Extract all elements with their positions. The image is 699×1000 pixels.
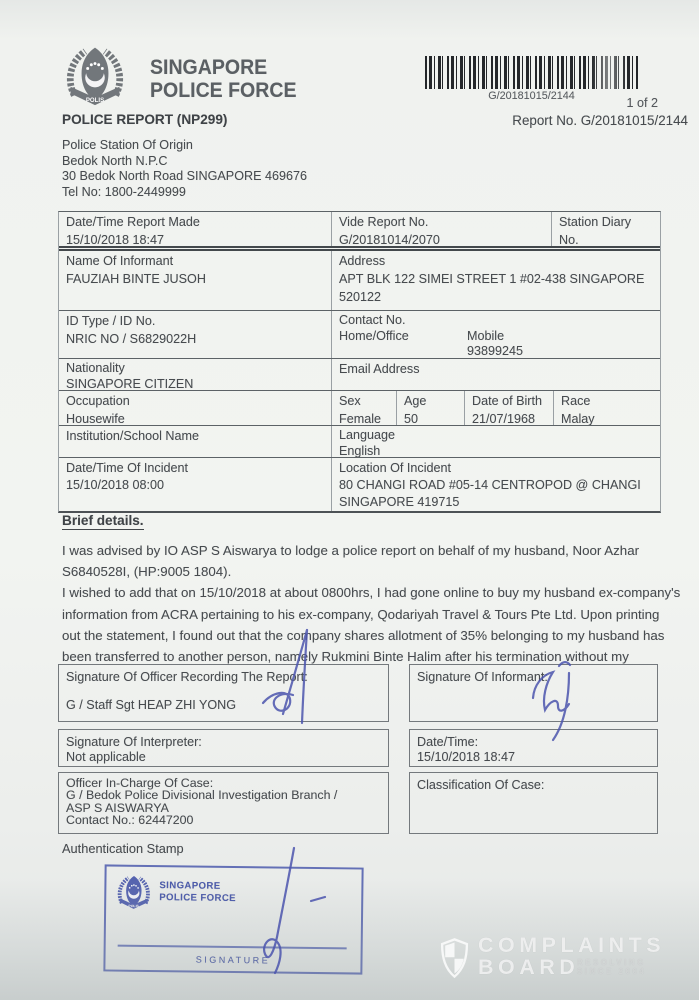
incident-location-cell: Location Of Incident 80 CHANGI ROAD #05-… <box>331 458 660 511</box>
interpreter-value: Not applicable <box>66 750 381 765</box>
police-station-block: Police Station Of Origin Bedok North N.P… <box>62 138 307 200</box>
language-cell: Language English <box>331 426 660 457</box>
sex-label: Sex <box>339 393 389 411</box>
station-name: Bedok North N.P.C <box>62 154 307 170</box>
table-row: Date/Time Of Incident 15/10/2018 08:00 L… <box>59 458 660 511</box>
dob-cell: Date of Birth 21/07/1968 <box>464 391 553 425</box>
brand-line1: SINGAPORE <box>150 56 296 79</box>
stamp-signature-line <box>118 945 347 950</box>
report-made-value: 15/10/2018 18:47 <box>66 232 324 246</box>
dob-value: 21/07/1968 <box>472 411 546 425</box>
stamp-brand: SINGAPORE POLICE FORCE <box>159 880 236 904</box>
authentication-stamp-label: Authentication Stamp <box>62 841 184 856</box>
table-row: Name Of Informant FAUZIAH BINTE JUSOH Ad… <box>59 251 660 311</box>
watermark-tagline-line2: SINCE 2004 <box>577 968 646 977</box>
race-label: Race <box>561 393 653 411</box>
nationality-value: SINGAPORE CITIZEN <box>66 377 324 390</box>
address-label: Address <box>339 253 653 271</box>
station-address: 30 Bedok North Road SINGAPORE 469676 <box>62 169 307 185</box>
informant-cell: Name Of Informant FAUZIAH BINTE JUSOH <box>59 251 331 310</box>
occupation-value: Housewife <box>66 411 324 425</box>
nationality-cell: Nationality SINGAPORE CITIZEN <box>59 359 331 390</box>
interpreter-signature-label: Signature Of Interpreter: <box>66 735 381 750</box>
incident-dt-label: Date/Time Of Incident <box>66 460 324 477</box>
incident-loc-label: Location Of Incident <box>339 460 653 477</box>
incident-loc-line1: 80 CHANGI ROAD #05-14 CENTROPOD @ CHANGI <box>339 477 653 494</box>
watermark-line2: BOARD <box>478 955 579 980</box>
brief-line: out the statement, I found out that the … <box>62 625 668 646</box>
brief-line: I was advised by IO ASP S Aiswarya to lo… <box>62 540 668 561</box>
email-cell: Email Address <box>331 359 660 390</box>
table-row: Occupation Housewife Sex Female Age 50 D… <box>59 391 660 426</box>
form-title: POLICE REPORT (NP299) <box>62 112 227 127</box>
spf-crest-icon <box>64 44 126 110</box>
officer-name-value: G / Staff Sgt HEAP ZHI YONG <box>66 698 236 713</box>
brief-details-paragraph: I was advised by IO ASP S Aiswarya to lo… <box>62 540 668 667</box>
oic-line3: Contact No.: 62447200 <box>66 814 381 826</box>
address-cell: Address APT BLK 122 SIMEI STREET 1 #02-4… <box>331 251 660 310</box>
station-origin-label: Police Station Of Origin <box>62 138 307 154</box>
classification-label: Classification Of Case: <box>417 778 650 793</box>
classification-box: Classification Of Case: <box>409 772 658 834</box>
informant-signature-box: Signature Of Informant: <box>409 664 658 722</box>
brief-line: I wished to add that on 15/10/2018 at ab… <box>62 582 668 603</box>
id-cell: ID Type / ID No. NRIC NO / S6829022H <box>59 311 331 358</box>
table-row: Nationality SINGAPORE CITIZEN Email Addr… <box>59 359 660 391</box>
officer-signature-box: Signature Of Officer Recording The Repor… <box>58 664 389 722</box>
stamp-signature-label: SIGNATURE <box>105 953 360 966</box>
mobile-label: Mobile <box>467 329 504 343</box>
stamp-brand-line2: POLICE FORCE <box>159 892 236 904</box>
informant-label: Name Of Informant <box>66 253 324 271</box>
nationality-label: Nationality <box>66 361 324 377</box>
id-value: NRIC NO / S6829022H <box>66 331 324 349</box>
barcode-label: G/20181015/2144 <box>425 90 638 102</box>
address-line1: APT BLK 122 SIMEI STREET 1 #02-438 SINGA… <box>339 271 653 289</box>
interpreter-signature-box: Signature Of Interpreter: Not applicable <box>58 729 389 767</box>
brief-line: information from ACRA pertaining to his … <box>62 604 668 625</box>
informant-value: FAUZIAH BINTE JUSOH <box>66 271 324 289</box>
race-value: Malay <box>561 411 653 425</box>
station-tel: Tel No: 1800-2449999 <box>62 185 307 201</box>
institution-cell: Institution/School Name <box>59 426 331 457</box>
language-value: English <box>339 444 653 457</box>
email-label: Email Address <box>339 361 653 379</box>
table-row: Institution/School Name Language English <box>59 426 660 458</box>
page-indicator: 1 of 2 <box>626 96 658 110</box>
contact-label: Contact No. <box>339 313 653 329</box>
home-office-label: Home/Office <box>339 329 467 345</box>
stamp-brand-line1: SINGAPORE <box>159 880 236 892</box>
incident-dt-value: 15/10/2018 08:00 <box>66 477 324 494</box>
mobile-value: 93899245 <box>467 344 523 358</box>
table-row: Date/Time Report Made 15/10/2018 18:47 V… <box>59 212 660 251</box>
table-row: ID Type / ID No. NRIC NO / S6829022H Con… <box>59 311 660 359</box>
datetime-box: Date/Time: 15/10/2018 18:47 <box>409 729 658 767</box>
age-value: 50 <box>404 411 457 425</box>
vide-label: Vide Report No. <box>339 214 544 232</box>
occupation-cell: Occupation Housewife <box>59 391 331 425</box>
oic-line1: G / Bedok Police Divisional Investigatio… <box>66 789 381 801</box>
language-label: Language <box>339 428 653 444</box>
race-cell: Race Malay <box>553 391 660 425</box>
police-report-page: SINGAPORE POLICE FORCE G/20181015/2144 1… <box>0 0 699 1000</box>
incident-datetime-cell: Date/Time Of Incident 15/10/2018 08:00 <box>59 458 331 511</box>
brand-line2: POLICE FORCE <box>150 79 296 102</box>
watermark-tagline: RESOLVING SINCE 2004 <box>577 959 646 976</box>
station-diary-cell: Station Diary No. 72 <box>551 212 660 246</box>
vide-report-cell: Vide Report No. G/20181014/2070 <box>331 212 551 246</box>
diary-label: Station Diary No. <box>559 214 653 246</box>
spf-brand: SINGAPORE POLICE FORCE <box>150 56 296 102</box>
complaintsboard-watermark: COMPLAINTS BOARD RESOLVING SINCE 2004 <box>434 926 696 996</box>
officer-signature-label: Signature Of Officer Recording The Repor… <box>66 670 381 685</box>
datetime-value: 15/10/2018 18:47 <box>417 750 650 765</box>
incident-loc-line2: SINGAPORE 419715 <box>339 494 653 511</box>
vide-value: G/20181014/2070 <box>339 232 544 246</box>
occupation-label: Occupation <box>66 393 324 411</box>
report-made-cell: Date/Time Report Made 15/10/2018 18:47 <box>59 212 331 246</box>
datetime-label: Date/Time: <box>417 735 650 750</box>
stamp-crest-icon <box>116 874 151 912</box>
contact-cell: Contact No. Home/OfficeMobile 93899245 <box>331 311 660 358</box>
officer-in-charge-box: Officer In-Charge Of Case: G / Bedok Pol… <box>58 772 389 834</box>
report-number: Report No. G/20181015/2144 <box>512 113 688 128</box>
informant-signature-label: Signature Of Informant: <box>417 670 650 685</box>
brief-line: S6840528I, (HP:9005 1804). <box>62 561 668 582</box>
institution-label: Institution/School Name <box>66 428 324 446</box>
age-cell: Age 50 <box>396 391 464 425</box>
brief-details-heading: Brief details. <box>62 513 144 530</box>
report-barcode <box>425 56 638 89</box>
report-info-table: Date/Time Report Made 15/10/2018 18:47 V… <box>58 211 661 513</box>
authentication-stamp: SINGAPORE POLICE FORCE SIGNATURE <box>103 864 363 974</box>
age-label: Age <box>404 393 457 411</box>
sex-value: Female <box>339 411 389 425</box>
report-made-label: Date/Time Report Made <box>66 214 324 232</box>
sex-cell: Sex Female <box>331 391 396 425</box>
dob-label: Date of Birth <box>472 393 546 411</box>
watermark-shield-icon <box>439 935 470 981</box>
address-line2: 520122 <box>339 289 653 307</box>
id-label: ID Type / ID No. <box>66 313 324 331</box>
